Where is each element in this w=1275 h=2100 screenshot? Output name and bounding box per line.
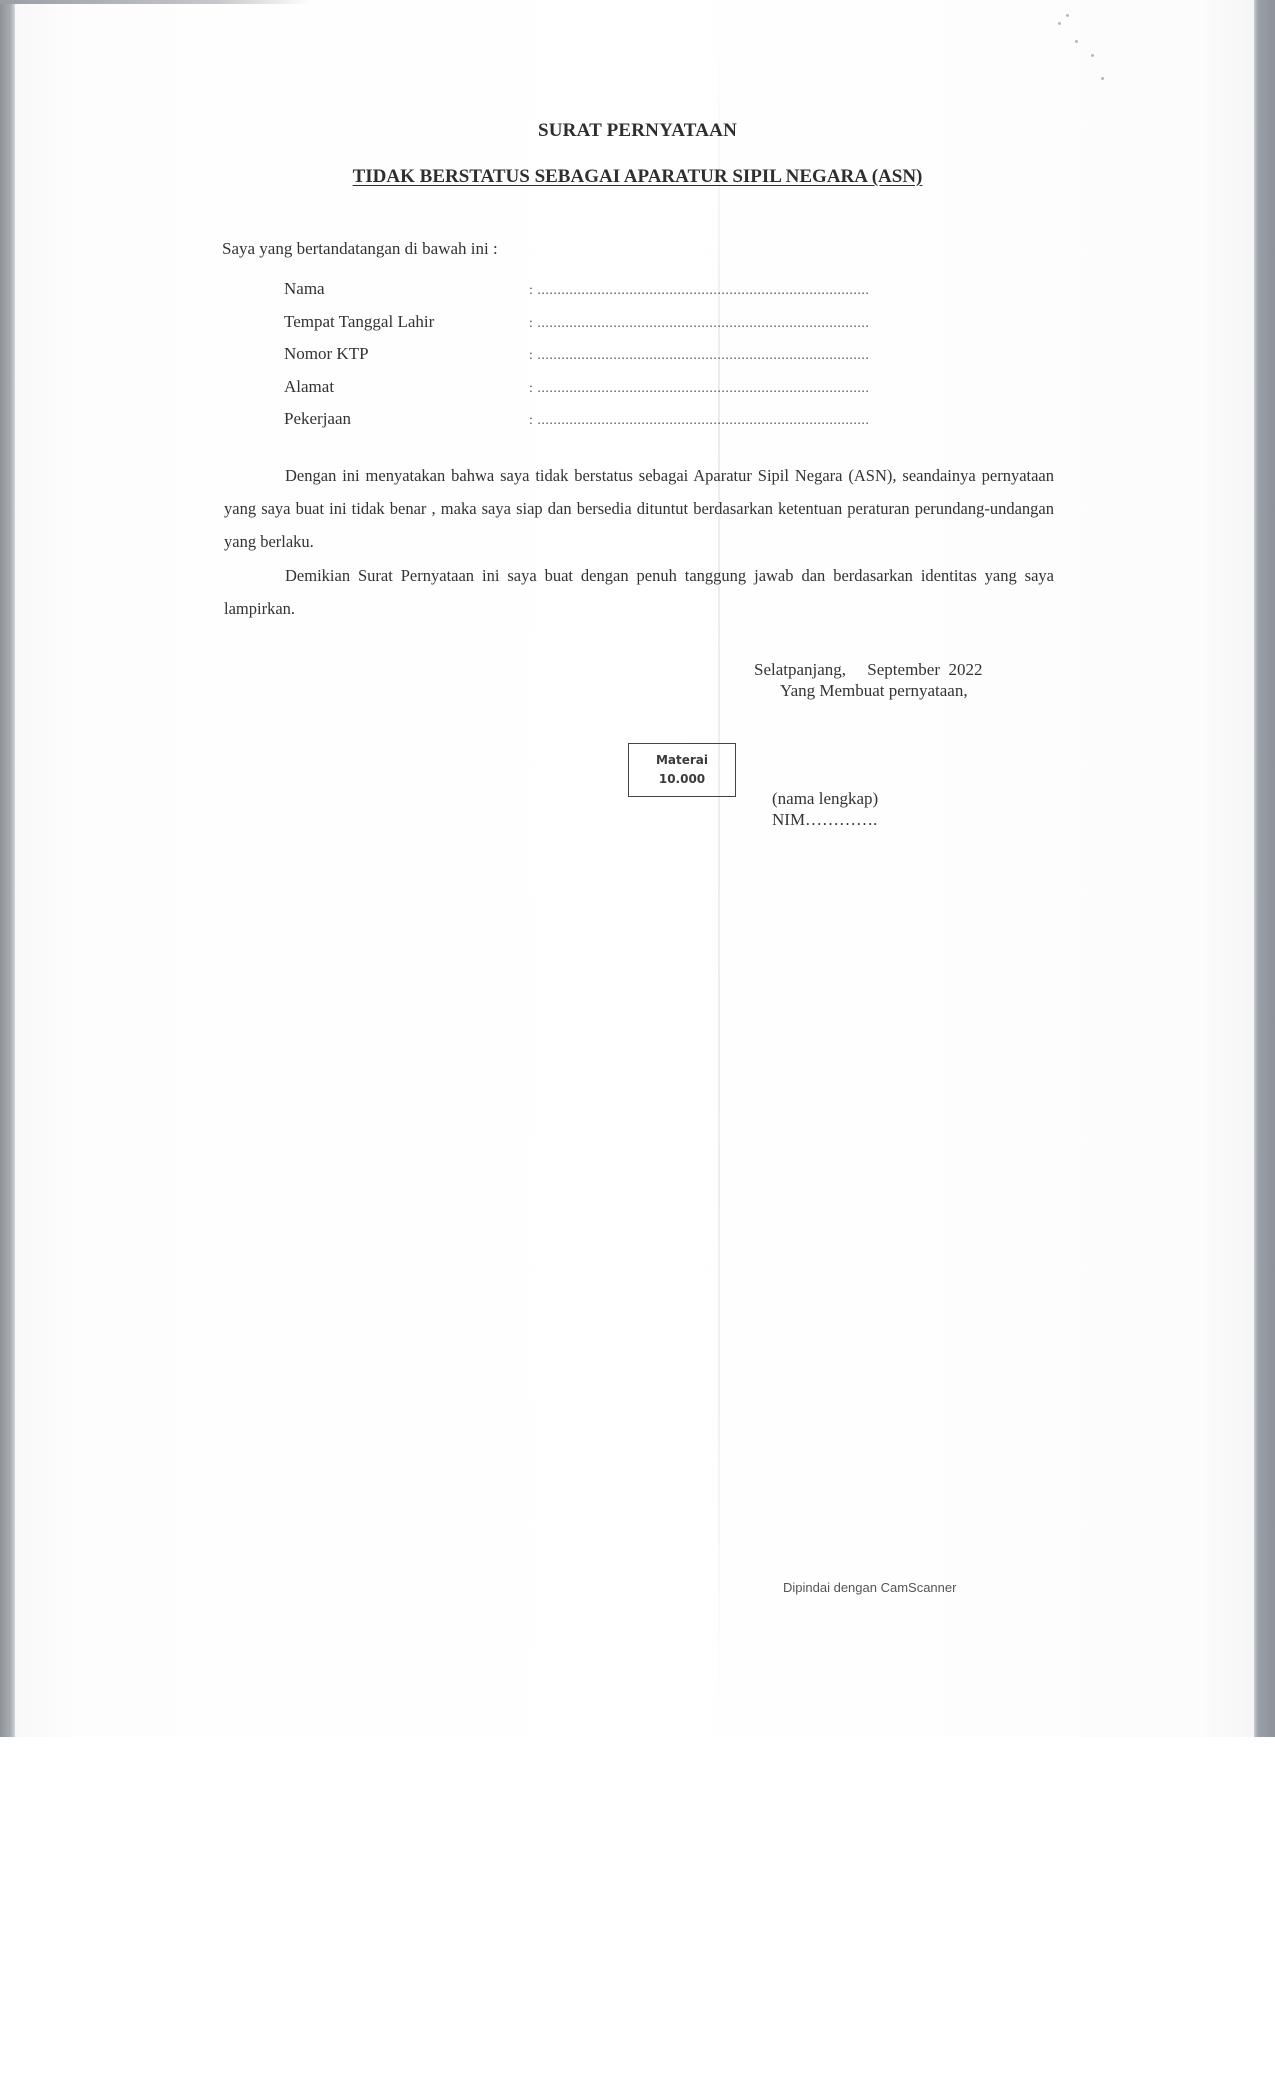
scan-left-edge: [0, 0, 15, 1737]
field-row-alamat: Alamat : ...............................…: [284, 377, 1024, 410]
scan-top-edge: [0, 0, 310, 4]
document-title: SURAT PERNYATAAN: [0, 120, 1275, 142]
field-blank: : ......................................…: [529, 283, 1024, 299]
field-row-pekerjaan: Pekerjaan : ............................…: [284, 409, 1024, 442]
field-blank: : ......................................…: [529, 381, 1024, 397]
scan-speck: [1058, 22, 1061, 25]
signer-name-placeholder: (nama lengkap): [772, 789, 878, 809]
field-row-nomor-ktp: Nomor KTP : ............................…: [284, 344, 1024, 377]
scan-speck: [1075, 40, 1078, 43]
document-subtitle: TIDAK BERSTATUS SEBAGAI APARATUR SIPIL N…: [0, 166, 1275, 188]
signer-nim: NIM………….: [772, 810, 877, 830]
field-blank: : ......................................…: [529, 413, 1024, 429]
field-blank: : ......................................…: [529, 316, 1024, 332]
scan-speck: [1066, 14, 1069, 17]
stamp-label: Materai: [656, 751, 708, 770]
materai-stamp-box: Materai 10.000: [628, 743, 736, 797]
camscanner-watermark: Dipindai dengan CamScanner: [783, 1580, 956, 1595]
intro-text: Saya yang bertandatangan di bawah ini :: [222, 239, 498, 259]
scanned-page: SURAT PERNYATAAN TIDAK BERSTATUS SEBAGAI…: [0, 0, 1275, 1737]
field-row-tempat-tanggal-lahir: Tempat Tanggal Lahir : .................…: [284, 312, 1024, 345]
field-label: Nama: [284, 279, 529, 299]
scan-speck: [1101, 77, 1104, 80]
scan-speck: [1091, 54, 1094, 57]
field-row-nama: Nama : .................................…: [284, 279, 1024, 312]
statement-paragraph: Dengan ini menyatakan bahwa saya tidak b…: [224, 459, 1054, 558]
scan-right-edge: [1254, 0, 1275, 1737]
field-label: Tempat Tanggal Lahir: [284, 312, 529, 332]
place-date: Selatpanjang, September 2022: [754, 660, 983, 680]
signer-role: Yang Membuat pernyataan,: [780, 681, 968, 701]
stamp-value: 10.000: [659, 770, 705, 789]
field-label: Nomor KTP: [284, 344, 529, 364]
field-blank: : ......................................…: [529, 348, 1024, 364]
statement-text: Dengan ini menyatakan bahwa saya tidak b…: [224, 459, 1054, 558]
identity-fields: Nama : .................................…: [284, 279, 1024, 442]
closing-paragraph: Demikian Surat Pernyataan ini saya buat …: [224, 559, 1054, 625]
closing-text: Demikian Surat Pernyataan ini saya buat …: [224, 559, 1054, 625]
field-label: Alamat: [284, 377, 529, 397]
field-label: Pekerjaan: [284, 409, 529, 429]
